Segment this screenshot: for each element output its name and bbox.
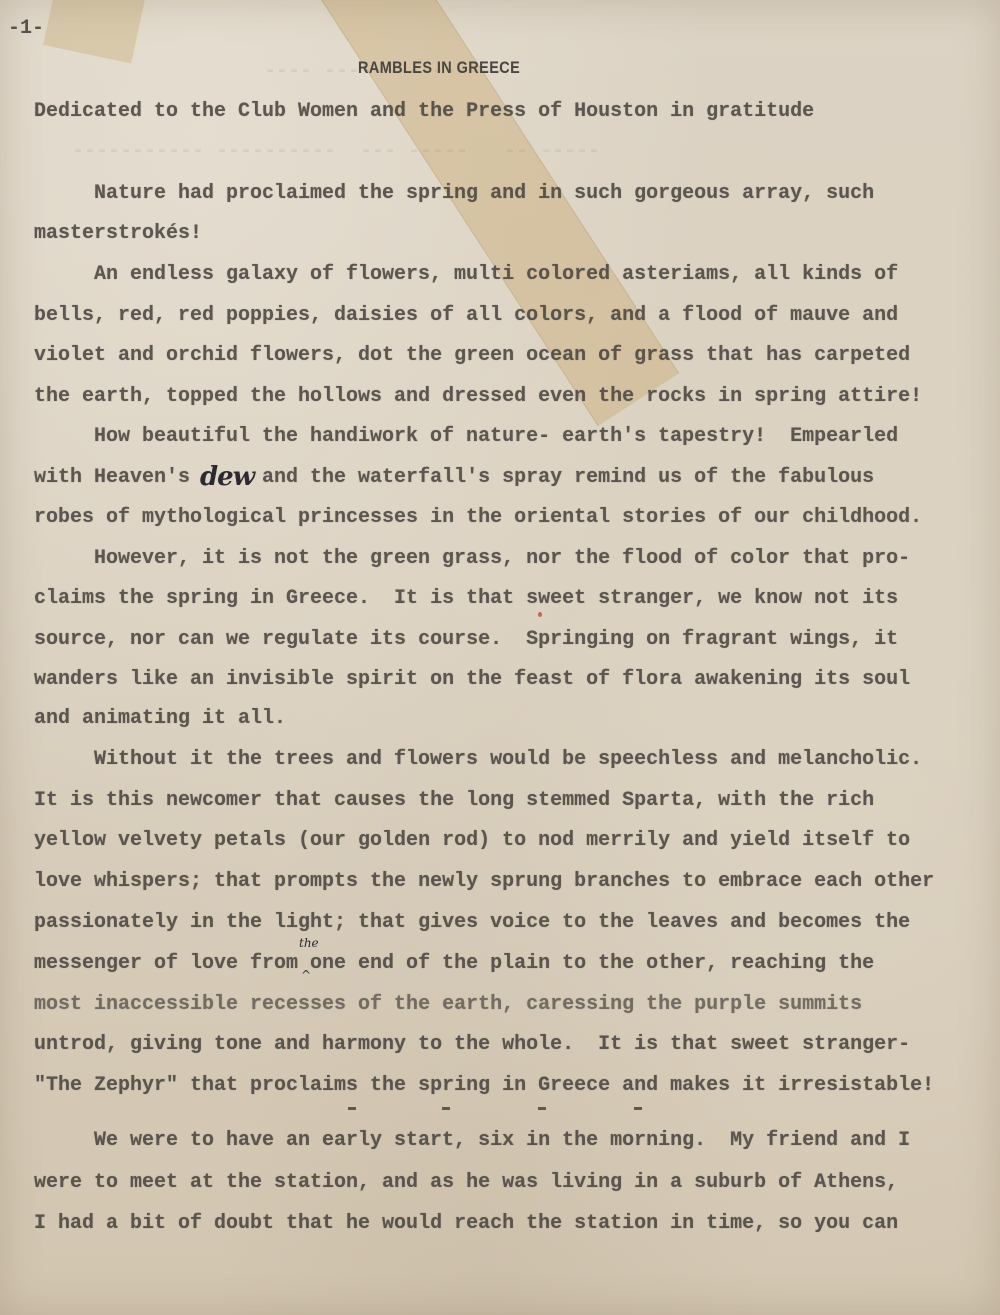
text-line: Without it the trees and flowers would b… [94,748,922,772]
text-line: messenger of love from one end of the pl… [34,952,874,976]
text-line: claims the spring in Greece. It is that … [34,587,898,611]
text-line: masterstrokés! [34,222,202,246]
text-line: "The Zephyr" that proclaims the spring i… [34,1074,934,1098]
text-line: with Heaven's and the waterfall's spray … [34,466,874,490]
bleed-through-text: ----------- ---------- --- ----- -- ----… [60,140,600,163]
section-break-dash [348,1107,356,1110]
handwritten-insertion-the: the [299,936,319,950]
page-number: -1- [8,17,44,40]
text-line: passionately in the light; that gives vo… [34,911,910,935]
text-line: Nature had proclaimed the spring and in … [94,182,874,206]
text-line: robes of mythological princesses in the … [34,506,922,530]
text-line: An endless galaxy of flowers, multi colo… [94,263,898,287]
text-line: most inaccessible recesses of the earth,… [34,993,862,1017]
red-ink-mark [538,612,542,617]
text-line: yellow velvety petals (our golden rod) t… [34,829,910,853]
tape-strip-corner [43,0,147,64]
section-break [0,1107,1000,1117]
text-line: I had a bit of doubt that he would reach… [34,1212,898,1236]
text-line: It is this newcomer that causes the long… [34,789,874,813]
insertion-caret-mark: ^ [301,968,311,982]
dedication-line: Dedicated to the Club Women and the Pres… [34,100,814,124]
section-break-dash [634,1107,642,1110]
text-line: source, nor can we regulate its course. … [34,628,898,652]
typewritten-page: ---- --------------- ----------- -------… [0,0,1000,1315]
section-break-dash [538,1107,546,1110]
text-line: We were to have an early start, six in t… [94,1129,910,1153]
text-line: violet and orchid flowers, dot the green… [34,344,910,368]
text-line: wanders like an invisible spirit on the … [34,668,910,692]
section-break-dash [442,1107,450,1110]
text-line: How beautiful the handiwork of nature- e… [94,425,898,449]
handwritten-insertion-dew: dew [200,462,254,492]
text-line: untrod, giving tone and harmony to the w… [34,1033,910,1057]
text-line: love whispers; that prompts the newly sp… [34,870,934,894]
document-title: RAMBLES IN GREECE [358,58,520,78]
text-line: the earth, topped the hollows and dresse… [34,385,922,409]
text-line: and animating it all. [34,707,286,731]
text-line: However, it is not the green grass, nor … [94,547,910,571]
text-line: were to meet at the station, and as he w… [34,1171,898,1195]
text-line: bells, red, red poppies, daisies of all … [34,304,898,328]
